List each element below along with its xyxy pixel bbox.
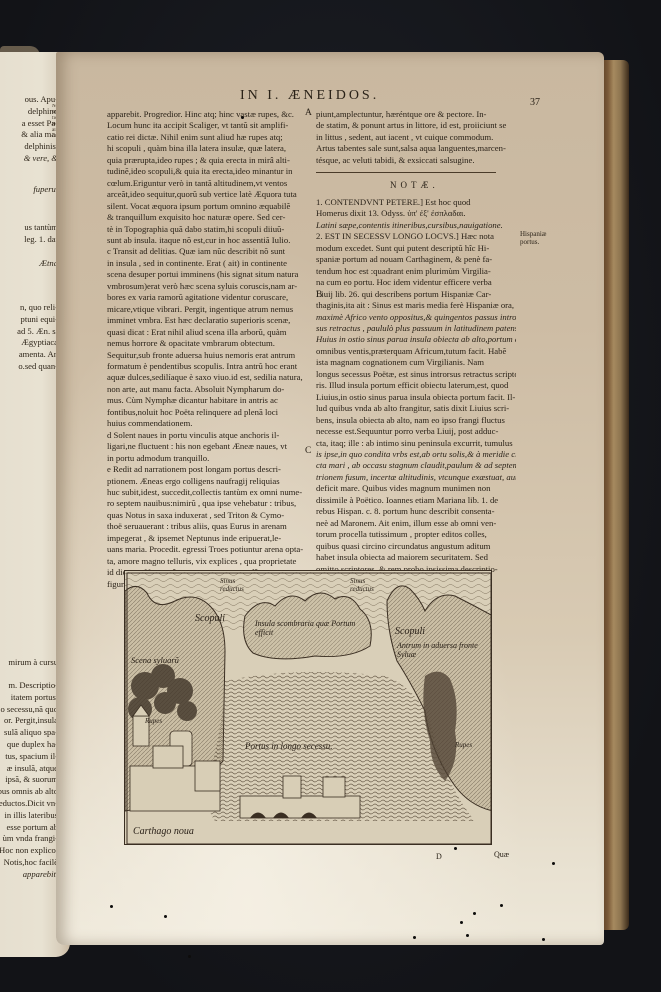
left-page-text-top: ous. Apu- delphino a esset Pa- & alia ma… <box>0 94 58 165</box>
text-line: mus. Cùm Nymphæ dicantur habitare in ant… <box>107 395 305 406</box>
text-line: de statim, & ponunt artus in littore, id… <box>316 120 516 131</box>
left-line: eductos.Dicit vn- <box>0 798 58 810</box>
note-line: Huius in ostio sinus parua insula obiect… <box>316 334 516 345</box>
note-line: thaginis,ita ait : Sinus est maris media… <box>316 300 516 311</box>
note-line: trionem fusum, incertæ altitudinis, vtcu… <box>316 472 516 483</box>
notae-heading: NOTÆ. <box>390 180 439 190</box>
note-line: cta mari , ab occasu stagnum claudit,pau… <box>316 460 516 471</box>
left-line: ipsã, & suorum <box>0 774 58 786</box>
catchword: Quæ <box>494 850 509 859</box>
note-line: ris. Illud insula portum efficit obiectu… <box>316 380 516 391</box>
text-line: thoë seruauerant : tribus aliis, quas Eu… <box>107 521 305 532</box>
left-line: or. Pergit,insula <box>0 715 58 727</box>
left-line: ad 5. Æn. si <box>0 326 58 338</box>
left-line: esse portum ab <box>0 822 58 834</box>
left-line: æ insulã, atque <box>0 763 58 775</box>
notes-column: 1. CONTENDVNT PETERE.] Est hoc quod Home… <box>316 197 516 586</box>
left-line: delphino <box>0 106 58 118</box>
label-sinus-left: Sinus reductus <box>220 577 260 593</box>
label-antrum: Antrum in aduersa fronte Syluæ <box>397 641 487 659</box>
right-column-top: piunt,amplectuntur, hæréntque ore & pect… <box>316 109 516 166</box>
note-line: Liuius,in ostio sinus parua insula obiec… <box>316 392 516 403</box>
wormhole <box>454 847 457 850</box>
left-line: o secessu,nã quo <box>0 704 58 716</box>
label-insula-scombraria: Insula scombraria quæ Portum efficit <box>255 619 375 637</box>
text-line: in littus , sedent, aut iacent , vt cuiq… <box>316 132 516 143</box>
left-line: & vere, & <box>0 153 58 165</box>
wormhole <box>473 912 476 915</box>
label-carthago-noua: Carthago noua <box>133 826 194 837</box>
note-line: neè ad Maronem. Ait enim, illum esse ab … <box>316 518 516 529</box>
text-line: scena desuper portui imminens (his signa… <box>107 269 305 280</box>
text-line: micare,vtique vibrari. Pergit, ingentiqu… <box>107 304 305 315</box>
left-line: delphinis, <box>0 141 58 153</box>
text-line: c Transit ad delitias. Quæ iam nũc descr… <box>107 246 305 257</box>
text-line: sunt ab insula. itaque nõ est,cur in hoc… <box>107 235 305 246</box>
text-line: Sequitur,sub fronte aduersa huius nemori… <box>107 350 305 361</box>
text-line: bores ex varia ramorũ agitatione videntu… <box>107 292 305 303</box>
notae-divider <box>316 172 496 173</box>
note-line: spaniæ portum ad nouam Carthaginem, & pe… <box>316 254 516 265</box>
left-line: Notis,hoc facilè <box>0 857 58 869</box>
note-line: Latini sæpe,contentis itineribus,cursibu… <box>316 220 516 231</box>
wormhole <box>241 116 244 119</box>
note-line: deficit mare. Quibus vides magnum munime… <box>316 483 516 494</box>
text-line: quia prærupta,ideo rupes ; & quia erecta… <box>107 155 305 166</box>
left-line: leg. 1. dat <box>0 234 58 246</box>
note-line: is ipse,in quo condita vrbs est,ab ortu … <box>316 449 516 460</box>
left-line: apparebit. <box>0 869 58 881</box>
wormhole <box>552 862 555 865</box>
note-line: maximè Africo vento oppositus,& quingent… <box>316 312 516 323</box>
text-line: ta, amore magno telluris, vix explices ,… <box>107 556 305 567</box>
left-line: amenta. An <box>0 349 58 361</box>
left-page-text-bottom: m. Descriptio- itatem portus, o secessu,… <box>0 680 58 881</box>
text-line: formatum è pendentibus scopulis. Intra a… <box>107 361 305 372</box>
right-page-edge <box>601 60 629 930</box>
text-line: quasi dicat : Erat nihil aliud scena ill… <box>107 327 305 338</box>
left-line: bus omnis ab alto <box>0 786 58 798</box>
note-line: Homerus dixit 13. Odyss. ὑπ' ἐξ' ἐσπλαδα… <box>316 208 516 219</box>
text-line: ptionem. Æneas ergo colligens naufragij … <box>107 476 305 487</box>
wormhole <box>188 955 191 958</box>
left-line: itatem portus, <box>0 692 58 704</box>
text-line: ligari,ne fluctuent : his non egebant Æn… <box>107 441 305 452</box>
engraving-artwork <box>125 571 492 845</box>
wormhole <box>466 934 469 937</box>
left-line: & alia ma- <box>0 129 58 141</box>
text-line: in portu admodum tranquillo. <box>107 453 305 464</box>
left-page-text-lower: n, quo reli- ptuni equi- ad 5. Æn. si Æg… <box>0 302 58 373</box>
text-line: tè in Topographia quã dabo statim,hi sco… <box>107 224 305 235</box>
left-page-line-mirum: mirum à cursu <box>0 657 58 669</box>
text-line: quas Notus in saxa induxerat , sed Trito… <box>107 510 305 521</box>
left-line: que duplex ha- <box>0 739 58 751</box>
text-line: uans maria. Procedit. egressi Troes poti… <box>107 544 305 555</box>
running-head: IN I. ÆNEIDOS. <box>240 88 440 104</box>
note-line: 1. CONTENDVNT PETERE.] Est hoc quod <box>316 197 516 208</box>
engraving-portus-carthago-noua: Scopuli Sinus reductus Insula scombraria… <box>124 570 492 845</box>
left-line: ptuni equi- <box>0 314 58 326</box>
note-line: 2. EST IN SECESSV LONGO LOCVS.] Hæc nota <box>316 231 516 242</box>
label-rupes-right: Rupes <box>455 741 472 749</box>
note-line: bens, insula obiecta ab alto, nam eo ips… <box>316 415 516 426</box>
label-rupes-left: Rupes <box>145 717 162 725</box>
text-line: vmbrosum)erat verò hæc scena syluis coru… <box>107 281 305 292</box>
text-line: non arte, aut manu facta. Absoluit Nymph… <box>107 384 305 395</box>
left-line: m. Descriptio- <box>0 680 58 692</box>
note-line: torum procella tutissimum , propter edit… <box>316 529 516 540</box>
left-page-text-mid: us tantùm leg. 1. dat <box>0 222 58 246</box>
note-line: na cum eo portu. Hoc idem videntur effic… <box>316 277 516 288</box>
text-line: aquæ dulces,sedilíaque è saxo viuo.id es… <box>107 372 305 383</box>
wormhole <box>164 915 167 918</box>
note-line: ista magnam cognationem cum Virgilianis.… <box>316 357 516 368</box>
note-line: rebus Hispan. c. 8. portum hunc describi… <box>316 506 516 517</box>
left-line: us tantùm <box>0 222 58 234</box>
text-line: fontibus,noluit hoc Poëta relinquere ad … <box>107 407 305 418</box>
wormhole <box>500 904 503 907</box>
section-marker-c: C <box>305 446 311 456</box>
note-line: necesse est.Sequuntur porro verba Liuij,… <box>316 426 516 437</box>
left-line: ùm vnda frangi- <box>0 833 58 845</box>
page-number: 37 <box>530 97 540 108</box>
note-line: omnibus ventis,præterquam Africum,tutum … <box>316 346 516 357</box>
left-line: sulã aliquo spa- <box>0 727 58 739</box>
text-line: in insula , sed in continente. Erat ( ai… <box>107 258 305 269</box>
text-line: silent. Vocat æquora ipsum portum omnino… <box>107 201 305 212</box>
text-line: nemus horrore & opacitate vmbrarum obtec… <box>107 338 305 349</box>
note-line: modum excedet. Sunt qui putent descriptũ… <box>316 243 516 254</box>
section-marker-a: A <box>305 108 312 118</box>
left-line: in illis lateribus <box>0 810 58 822</box>
text-line: imminet vmbra. Est hæc declaratio superi… <box>107 315 305 326</box>
note-line: quibus quasi circino circundatus angustu… <box>316 541 516 552</box>
text-line: cœlum.Eriguntur verò in tantã altitudine… <box>107 178 305 189</box>
wormhole <box>542 938 545 941</box>
text-line: tésque, ac veluti tabidi, & exsiccati sa… <box>316 155 516 166</box>
text-line: huc subit,idest, succedit,collectis tant… <box>107 487 305 498</box>
note-line: sus retractus , paululò plus passuum in … <box>316 323 516 334</box>
label-scopuli-left: Scopuli <box>195 613 225 624</box>
text-line: e Redit ad narrationem post longam portu… <box>107 464 305 475</box>
label-scena-syluarum: Scena syluarũ <box>131 655 179 665</box>
margin-note-hispaniae: Hispaniæ portus. <box>520 230 560 246</box>
text-line: Locum hunc ita accipit Scaliger, vt tant… <box>107 120 305 131</box>
text-line: impegerat , & ipsemet Neptunus inde erip… <box>107 533 305 544</box>
text-line: arceãt,ideo sequitur,quorũ sub vertice l… <box>107 189 305 200</box>
left-page-line-superu: fuperu. <box>0 184 58 196</box>
signature-mark-d: D <box>436 852 442 861</box>
left-line: tus, spacium il- <box>0 751 58 763</box>
text-line: & tranquillum exquisito hoc naturæ opere… <box>107 212 305 223</box>
text-line: ro septem nauibus:nimirũ , qua ipse vehe… <box>107 498 305 509</box>
left-line: n, quo reli- <box>0 302 58 314</box>
note-line: habet insula obiecta ad maiorem securita… <box>316 552 516 563</box>
left-page-line-etna: Ætna <box>0 258 58 270</box>
text-line: piunt,amplectuntur, hæréntque ore & pect… <box>316 109 516 120</box>
text-line: apparebit. Progredior. Hinc atq; hinc va… <box>107 109 305 120</box>
label-portus: Portus in longo secessu. <box>245 741 333 751</box>
note-line: tendum hoc est :quadrant enim plurimùm V… <box>316 266 516 277</box>
wormhole <box>460 921 463 924</box>
text-line: tudinẽ,ideo scopuli,& quia ita erecta,id… <box>107 166 305 177</box>
note-line: longus secessus Poëtæ, est sinus intrors… <box>316 369 516 380</box>
left-line: ous. Apu- <box>0 94 58 106</box>
text-line: hi scopuli , quàm bina illa latera insul… <box>107 143 305 154</box>
wormhole <box>413 936 416 939</box>
left-line: o.sed quan- <box>0 361 58 373</box>
wormhole <box>110 905 113 908</box>
note-line: dissimile à Poëtico. Ioannes etiam Maria… <box>316 495 516 506</box>
left-line: a esset Pa- <box>0 118 58 130</box>
label-sinus-right: Sinus reductus <box>350 577 390 593</box>
text-line: catio rei dictæ. Nihil enim sunt aliud h… <box>107 132 305 143</box>
left-column: apparebit. Progredior. Hinc atq; hinc va… <box>107 109 305 590</box>
note-line: cta, itaq; ille : ab intimo sinu peninsu… <box>316 438 516 449</box>
note-line: Liuij lib. 26. qui describens portum His… <box>316 289 516 300</box>
left-line: Ægyptiaca <box>0 337 58 349</box>
text-line: Artus tabentes sale sunt,salsa aqua lang… <box>316 143 516 154</box>
label-scopuli-right: Scopuli <box>395 626 425 637</box>
left-line: Hoc non explico, <box>0 845 58 857</box>
note-line: lud quibus vnda ab alto frangitur, satis… <box>316 403 516 414</box>
text-line: huius commendationem. <box>107 418 305 429</box>
text-line: d Solent naues in portu vinculis atque a… <box>107 430 305 441</box>
